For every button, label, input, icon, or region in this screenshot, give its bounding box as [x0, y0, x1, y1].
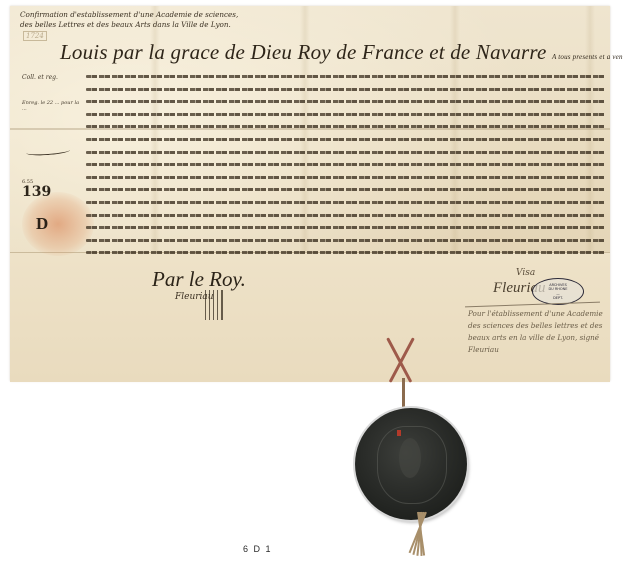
body-line — [86, 133, 606, 146]
document-title: Confirmation d'establissement d'une Acad… — [20, 10, 580, 30]
paraph-flourish — [205, 290, 223, 320]
title-line-1: Confirmation d'establissement d'une Acad… — [20, 10, 580, 20]
archive-stamp: ARCHIVES DU RHONE — DEPT. — [532, 278, 584, 305]
margin-letter: D — [36, 214, 48, 234]
incipit: Louis par la grace de Dieu Roy de France… — [60, 40, 623, 65]
red-stain — [22, 192, 94, 256]
body-line — [86, 83, 606, 96]
archive-mark: 1724 — [23, 31, 47, 41]
body-line — [86, 183, 606, 196]
stamp-line: DEPT. — [553, 296, 563, 301]
body-line — [86, 108, 606, 121]
seal-red-fragment — [397, 430, 401, 436]
body-text — [86, 70, 606, 259]
body-line — [86, 95, 606, 108]
body-line — [86, 70, 606, 83]
royal-formula-signature: Par le Roy. — [152, 267, 246, 292]
body-line — [86, 171, 606, 184]
body-line — [86, 158, 606, 171]
body-line — [86, 234, 606, 247]
body-line — [86, 146, 606, 159]
margin-note-collation: Coll. et reg. — [22, 74, 58, 81]
seal-cords — [380, 338, 420, 418]
body-line — [86, 246, 606, 259]
title-line-2: des belles Lettres et des beaux Arts dan… — [20, 20, 580, 30]
wax-seal — [355, 408, 467, 520]
body-line — [86, 120, 606, 133]
seal-figure — [399, 438, 421, 478]
incipit-text: Louis par la grace de Dieu Roy de France… — [60, 40, 547, 64]
visa-label: Visa — [516, 268, 535, 278]
seal-tassel — [405, 512, 435, 558]
catalogue-label: 6 D 1 — [243, 544, 272, 554]
body-line — [86, 221, 606, 234]
body-line — [86, 196, 606, 209]
margin-number: 139 — [22, 184, 51, 200]
incipit-tail: A tous presents et a venir. — [552, 53, 623, 61]
body-line — [86, 209, 606, 222]
margin-note-registration: Enreg. le 22 ... pour la ... — [22, 100, 82, 112]
visa-note: Pour l'établissement d'une Academie des … — [468, 308, 608, 356]
